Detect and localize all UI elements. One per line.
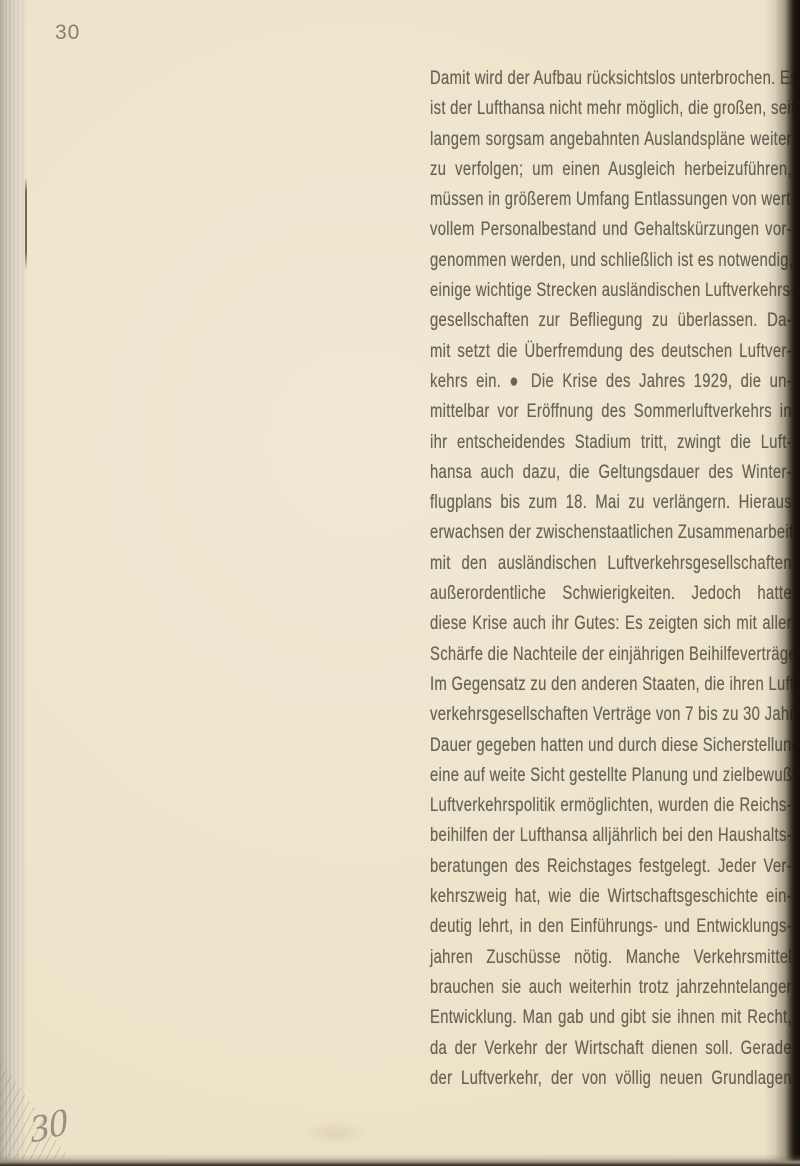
text-line: kehrs ein. ● Die Krise des Jahres 1929, …: [430, 367, 792, 397]
handwritten-pencil-page-number: 30: [28, 1099, 70, 1152]
text-line: Dauer gegeben hatten und durch diese Sic…: [430, 731, 792, 761]
paper-stain: [300, 1120, 370, 1146]
text-line: deutig lehrt, in den Einführungs- und En…: [430, 912, 792, 942]
text-line: da der Verkehr der Wirtschaft dienen sol…: [430, 1034, 792, 1064]
text-line: hansa auch dazu, die Geltungsdauer des W…: [430, 458, 792, 488]
scanned-book-page: 30 Damit wird der Aufbau rücksichtslos u…: [0, 0, 800, 1166]
text-line: Damit wird der Aufbau rücksichtslos unte…: [430, 64, 792, 94]
text-line: langem sorgsam angebahnten Auslandspläne…: [430, 125, 792, 155]
page-edge-crease: [25, 178, 27, 270]
text-line: Entwicklung. Man gab und gibt sie ihnen …: [430, 1003, 792, 1033]
text-line: Luftverkehrspolitik ermöglichten, wurden…: [430, 791, 792, 821]
text-line: erwachsen der zwischenstaatlichen Zusamm…: [430, 518, 792, 548]
text-line: verkehrsgesellschaften Verträge von 7 bi…: [430, 700, 792, 730]
text-line: einige wichtige Strecken ausländischen L…: [430, 276, 792, 306]
text-line: Im Gegensatz zu den anderen Staaten, die…: [430, 670, 792, 700]
text-line: zu verfolgen; um einen Ausgleich herbeiz…: [430, 155, 792, 185]
text-line: mittelbar vor Eröffnung des Sommerluftve…: [430, 397, 792, 427]
text-line: beratungen des Reichstages festgelegt. J…: [430, 852, 792, 882]
book-gutter-shadow: [764, 0, 800, 1166]
text-line: vollem Personalbestand und Gehaltskürzun…: [430, 215, 792, 245]
text-line: außerordentliche Schwierigkeiten. Jedoch…: [430, 579, 792, 609]
text-line: kehrszweig hat, wie die Wirtschaftsgesch…: [430, 882, 792, 912]
text-line: Schärfe die Nachteile der einjährigen Be…: [430, 640, 792, 670]
text-line: müssen in größerem Umfang Entlassungen v…: [430, 185, 792, 215]
text-line: eine auf weite Sicht gestellte Planung u…: [430, 761, 792, 791]
text-line: ist der Lufthansa nicht mehr möglich, di…: [430, 94, 792, 124]
body-text-column: Damit wird der Aufbau rücksichtslos unte…: [430, 64, 792, 1094]
text-line: beihilfen der Lufthansa alljährlich bei …: [430, 821, 792, 851]
page-bottom-edge: [0, 1154, 800, 1166]
printed-page-number: 30: [55, 21, 80, 45]
text-line: diese Krise auch ihr Gutes: Es zeigten s…: [430, 609, 792, 639]
text-line: mit den ausländischen Luftverkehrsgesell…: [430, 549, 792, 579]
text-line: brauchen sie auch weiterhin trotz jahrze…: [430, 973, 792, 1003]
page-stack-edge-left: [0, 0, 26, 1166]
text-line: flugplans bis zum 18. Mai zu verlängern.…: [430, 488, 792, 518]
text-line: genommen werden, und schließlich ist es …: [430, 246, 792, 276]
text-line: der Luftverkehr, der von völlig neuen Gr…: [430, 1064, 792, 1094]
text-line: jahren Zuschüsse nötig. Manche Verkehrsm…: [430, 943, 792, 973]
text-line: ihr entscheidendes Stadium tritt, zwingt…: [430, 428, 792, 458]
text-line: gesellschaften zur Befliegung zu überlas…: [430, 306, 792, 336]
text-line: mit setzt die Überfremdung des deutschen…: [430, 337, 792, 367]
